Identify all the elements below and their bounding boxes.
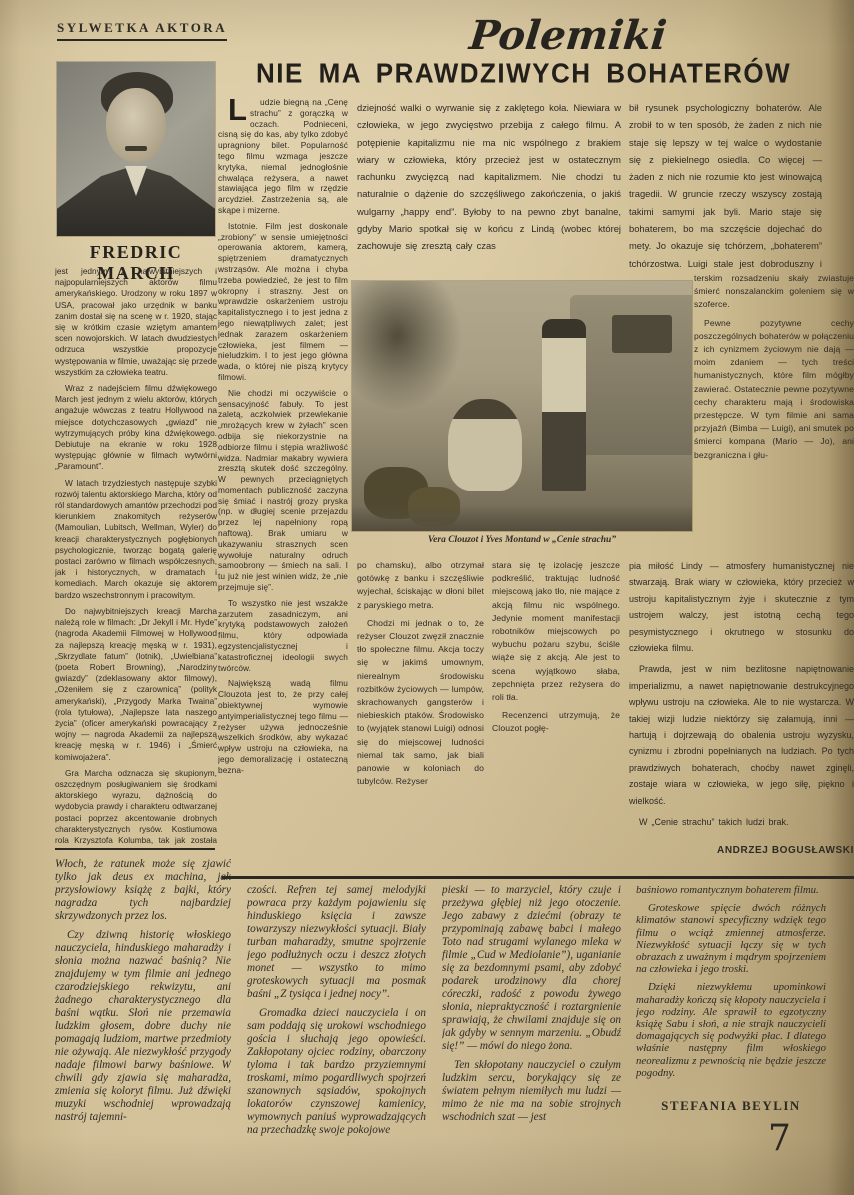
review-column-3: pieski — to marzyciel, który czuje i prz… — [442, 884, 621, 1170]
photo-woman-silhouette — [448, 399, 522, 491]
review-column-2: czości. Refren tej samej melodyjki powra… — [247, 884, 426, 1170]
polemic-column-below-photo-left: po chamsku), albo otrzymał gotówkę z ban… — [357, 559, 484, 868]
portrait-mustache-shape — [125, 146, 147, 151]
article-headline: NIE MA PRAWDZIWYCH BOHATERÓW — [256, 57, 826, 90]
photo-foliage-shape — [352, 281, 462, 411]
photo-ground-shadow — [352, 505, 692, 531]
review-byline: STEFANIA BEYLIN — [636, 1098, 826, 1114]
polemic-column-below-photo-right: stara się tę izolację jeszcze podkreślić… — [492, 559, 620, 868]
photo-caption: Vera Clouzot i Yves Montand w „Cenie str… — [352, 535, 692, 545]
polemic-column-right-bottom: pia miłość Lindy — atmosfery humanistycz… — [629, 558, 854, 842]
photo-man-silhouette — [542, 319, 586, 491]
polemic-column-1: Ludzie biegną na „Cenę strachu” z gorącz… — [218, 97, 348, 869]
polemic-column-right-side: terskim rozsadzeniu skały zwiastuje śmie… — [694, 272, 854, 556]
section-divider-rule — [222, 876, 854, 879]
fredric-march-portrait-photo — [57, 62, 215, 236]
film-still-photo — [352, 281, 692, 531]
magazine-page: SYLWETKA AKTORA Polemiki NIE MA PRAWDZIW… — [0, 0, 854, 1195]
section-label: SYLWETKA AKTORA — [57, 20, 227, 41]
photo-truck-window-shape — [612, 315, 672, 353]
rubric-script-title: Polemiki — [466, 12, 671, 59]
actor-bio-column: jest jednym z najwybitniejszych i najpop… — [55, 266, 217, 846]
polemic-column-right-top: bił rysunek psychologiczny bohaterów. Al… — [629, 99, 822, 271]
polemic-column-mid-wide: dziejność walki o wyrwanie się z zaklęte… — [357, 99, 621, 279]
review-column-4: baśniowo romantycznym bohaterem filmu.Gr… — [636, 884, 826, 1096]
page-number: 7 — [768, 1118, 791, 1159]
bio-divider-rule — [55, 848, 215, 850]
polemic-byline: ANDRZEJ BOGUSŁAWSKI — [629, 845, 854, 856]
review-column-1: Włoch, że ratunek może się zjawić tylko … — [55, 858, 231, 1170]
